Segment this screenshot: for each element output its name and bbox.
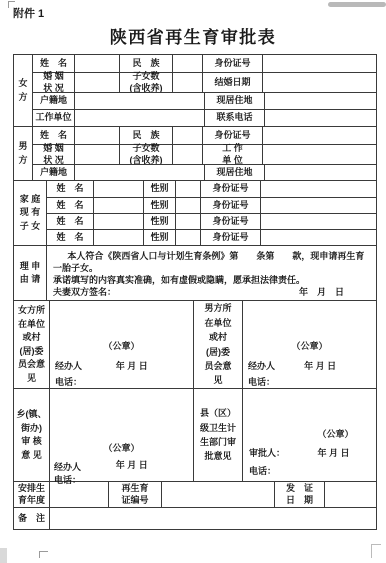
child-name-value[interactable]: [93, 198, 143, 213]
remarks-label: 备 注: [14, 508, 49, 529]
female-unit-opinion-block: 女方所 在单位 或村 (居)委 员会意 见 （公章） 经办人 年 月 日 电话：: [14, 301, 193, 388]
reason-text[interactable]: 本人符合《陕西省人口与计划生育条例》第 条第 款，现申请再生育一胎子女。 承诺填…: [46, 246, 376, 300]
child-id-label: 身份证号: [200, 181, 260, 197]
phone-label: 电话：: [54, 473, 81, 486]
county-approval-area[interactable]: （公章） 审批人： 年 月 日 电话：: [242, 389, 376, 481]
child-gender-value[interactable]: [175, 181, 200, 197]
female-ethnicity-label: 民 族: [119, 55, 172, 72]
female-children-count-value[interactable]: [172, 73, 202, 92]
female-children-count-label: 子女数 (含收养): [119, 73, 172, 92]
child-name-value[interactable]: [93, 230, 143, 245]
township-review-area[interactable]: （公章） 年 月 日 经办人 电话：: [49, 389, 193, 481]
child-gender-value[interactable]: [175, 230, 200, 245]
unit-opinion-section: 女方所 在单位 或村 (居)委 员会意 见 （公章） 经办人 年 月 日 电话：…: [14, 300, 376, 388]
children-section-label: 家 庭 现 有 子 女: [14, 181, 46, 245]
female-name-label: 姓 名: [33, 55, 74, 72]
phone-label: 电话：: [248, 375, 275, 388]
text-boundary-mark-bottom-right: [371, 544, 381, 558]
male-ethnicity-label: 民 族: [119, 127, 172, 144]
child-name-value[interactable]: [93, 181, 143, 197]
female-work-unit-value[interactable]: [74, 110, 204, 126]
date-placeholder: 年 月 日: [304, 359, 336, 372]
female-name-value[interactable]: [74, 55, 119, 72]
female-marriage-date-label: 结婚日期: [202, 73, 262, 92]
approver-label: 审批人：: [249, 446, 285, 459]
child-name-label: 姓 名: [47, 214, 93, 229]
issue-date-label: 发 证 日 期: [274, 482, 324, 507]
child-gender-label: 性别: [143, 214, 175, 229]
male-section-label: 男 方: [14, 127, 32, 180]
female-unit-opinion-label: 女方所 在单位 或村 (居)委 员会意 见: [14, 301, 49, 388]
rebirth-cert-no-value[interactable]: [161, 482, 274, 507]
male-name-value[interactable]: [74, 127, 119, 144]
child-name-label: 姓 名: [47, 181, 93, 197]
child-name-label: 姓 名: [47, 230, 93, 245]
child-row: 姓 名 性别 身份证号: [47, 213, 376, 229]
page-edge-bottom-left: [0, 548, 7, 563]
male-unit-opinion-label: 男方所 在单位 或村 (居)委 员会意 见: [194, 301, 242, 388]
female-work-unit-label: 工作单位: [33, 110, 74, 126]
table-row: 姓 名 民 族 身份证号: [33, 127, 376, 144]
township-review-block: 乡(镇、 街办) 审 核 意 见 （公章） 年 月 日 经办人 电话：: [14, 389, 193, 481]
date-placeholder: 年 月 日: [317, 446, 349, 459]
table-row: 户籍地 现居住地: [33, 164, 376, 180]
female-current-residence-value[interactable]: [264, 93, 376, 109]
phone-label: 电话：: [249, 464, 276, 477]
female-section-label: 女 方: [14, 55, 32, 126]
seal-placeholder: （公章）: [317, 427, 353, 440]
table-row: 户籍地 现居住地: [33, 92, 376, 109]
form-title: 陕西省再生育审批表: [0, 23, 386, 48]
rebirth-cert-no-label: 再生育 证编号: [108, 482, 161, 507]
children-section: 家 庭 现 有 子 女 姓 名 性别 身份证号 姓 名 性别 身份证号: [14, 180, 376, 245]
child-id-label: 身份证号: [200, 214, 260, 229]
male-children-count-label: 子女数 (含收养): [119, 145, 172, 164]
table-row: 婚 姻 状 况 子女数 (含收养) 结婚日期: [33, 72, 376, 92]
male-marital-label: 婚 姻 状 况: [33, 145, 74, 164]
seal-placeholder: （公章）: [103, 441, 139, 454]
signature-row: 夫妻双方签名： 年 月 日: [53, 286, 370, 298]
female-ethnicity-value[interactable]: [172, 55, 202, 72]
birth-year-plan-label: 安排生 育年度: [14, 482, 49, 507]
child-id-value[interactable]: [260, 230, 376, 245]
reason-section: 理 申 由 请 本人符合《陕西省人口与计划生育条例》第 条第 款，现申请再生育一…: [14, 245, 376, 300]
male-id-label: 身份证号: [202, 127, 262, 144]
male-section: 男 方 姓 名 民 族 身份证号 婚 姻 状 况 子女数 (含收养) 工 作 单…: [14, 126, 376, 180]
remarks-row: 备 注: [14, 507, 376, 529]
female-unit-opinion-area[interactable]: （公章） 经办人 年 月 日 电话：: [49, 301, 193, 388]
township-review-label: 乡(镇、 街办) 审 核 意 见: [14, 389, 49, 481]
handler-label: 经办人: [55, 359, 82, 372]
review-approval-section: 乡(镇、 街办) 审 核 意 见 （公章） 年 月 日 经办人 电话： 县（区）…: [14, 388, 376, 481]
male-work-unit-label: 工 作 单 位: [202, 145, 262, 164]
child-id-value[interactable]: [260, 214, 376, 229]
reason-section-label: 理 申 由 请: [14, 246, 46, 300]
child-gender-value[interactable]: [175, 214, 200, 229]
child-gender-label: 性别: [143, 181, 175, 197]
female-contact-phone-label: 联系电话: [204, 110, 264, 126]
child-name-value[interactable]: [93, 214, 143, 229]
reason-line1: 本人符合《陕西省人口与计划生育条例》第 条第 款，现申请再生育一胎子女。: [53, 250, 370, 274]
female-contact-phone-value[interactable]: [264, 110, 376, 126]
approval-form-table: 女 方 姓 名 民 族 身份证号 婚 姻 状 况 子女数 (含收养) 结婚日期: [13, 54, 377, 530]
child-gender-label: 性别: [143, 198, 175, 213]
female-registered-residence-label: 户籍地: [33, 93, 74, 109]
male-registered-residence-value[interactable]: [74, 165, 204, 180]
date-placeholder: 年 月 日: [116, 458, 148, 471]
child-id-label: 身份证号: [200, 230, 260, 245]
handler-label: 经办人: [248, 359, 275, 372]
text-boundary-mark-bottom-left: [39, 551, 48, 558]
child-gender-value[interactable]: [175, 198, 200, 213]
table-row: 工作单位 联系电话: [33, 109, 376, 126]
female-id-label: 身份证号: [202, 55, 262, 72]
female-id-value[interactable]: [262, 55, 376, 72]
document-page: 附件 1 陕西省再生育审批表 女 方 姓 名 民 族 身份证号 婚 姻 状 况 …: [0, 0, 386, 563]
child-id-label: 身份证号: [200, 198, 260, 213]
reason-line2: 承诺填写的内容真实准确，如有虚假或隐瞒，愿承担法律责任。: [53, 274, 370, 286]
male-id-value[interactable]: [262, 127, 376, 144]
child-name-label: 姓 名: [47, 198, 93, 213]
table-row: 婚 姻 状 况 子女数 (含收养) 工 作 单 位: [33, 144, 376, 164]
female-marriage-date-value[interactable]: [262, 73, 376, 92]
phone-label: 电话：: [55, 375, 82, 388]
county-approval-block: 县（区） 级卫生计 生部门审 批意见 （公章） 审批人： 年 月 日 电话：: [193, 389, 376, 481]
female-current-residence-label: 现居住地: [204, 93, 264, 109]
male-ethnicity-value[interactable]: [172, 127, 202, 144]
female-marital-value[interactable]: [74, 73, 119, 92]
male-current-residence-value[interactable]: [264, 165, 376, 180]
handler-label: 经办人: [54, 460, 81, 473]
scrollbar-fragment[interactable]: [328, 2, 386, 7]
seal-placeholder: （公章）: [291, 339, 327, 352]
remarks-value[interactable]: [49, 508, 376, 529]
child-id-value[interactable]: [260, 198, 376, 213]
male-current-residence-label: 现居住地: [204, 165, 264, 180]
child-row: 姓 名 性别 身份证号: [47, 229, 376, 245]
date-placeholder: 年 月 日: [116, 359, 148, 372]
female-marital-label: 婚 姻 状 况: [33, 73, 74, 92]
issue-date-value[interactable]: [324, 482, 376, 507]
male-marital-value[interactable]: [74, 145, 119, 164]
county-approval-label: 县（区） 级卫生计 生部门审 批意见: [194, 389, 242, 481]
signature-date: 年 月 日: [299, 286, 344, 298]
male-name-label: 姓 名: [33, 127, 74, 144]
male-unit-opinion-area[interactable]: （公章） 经办人 年 月 日 电话：: [242, 301, 376, 388]
child-row: 姓 名 性别 身份证号: [47, 197, 376, 213]
table-row: 姓 名 民 族 身份证号: [33, 55, 376, 72]
male-registered-residence-label: 户籍地: [33, 165, 74, 180]
female-section: 女 方 姓 名 民 族 身份证号 婚 姻 状 况 子女数 (含收养) 结婚日期: [14, 55, 376, 126]
child-id-value[interactable]: [260, 181, 376, 197]
child-gender-label: 性别: [143, 230, 175, 245]
signature-label: 夫妻双方签名：: [53, 286, 116, 298]
female-registered-residence-value[interactable]: [74, 93, 204, 109]
male-work-unit-value[interactable]: [262, 145, 376, 164]
seal-placeholder: （公章）: [103, 339, 139, 352]
male-children-count-value[interactable]: [172, 145, 202, 164]
male-unit-opinion-block: 男方所 在单位 或村 (居)委 员会意 见 （公章） 经办人 年 月 日 电话：: [193, 301, 376, 388]
child-row: 姓 名 性别 身份证号: [47, 181, 376, 197]
attachment-label: 附件 1: [13, 5, 44, 21]
